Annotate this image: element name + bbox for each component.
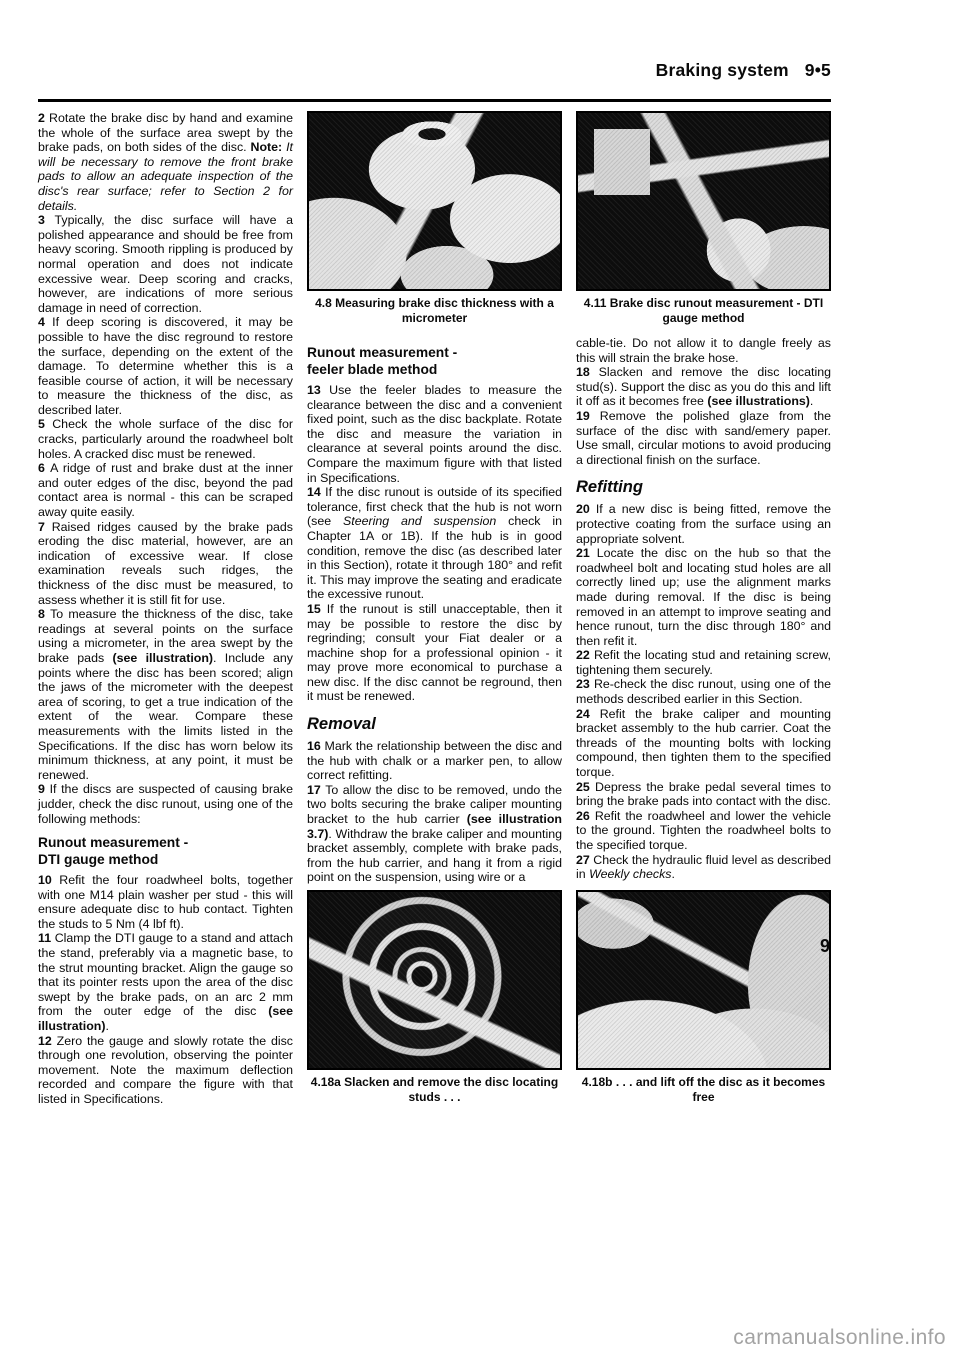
paragraph: 7 Raised ridges caused by the brake pads…	[38, 520, 293, 608]
paragraph: 25 Depress the brake pedal several times…	[576, 780, 831, 809]
photo-caption: 4.18b . . . and lift off the disc as it …	[576, 1075, 831, 1105]
text-segment: Raised ridges caused by the brake pads e…	[38, 520, 293, 607]
paragraph: 10 Refit the four roadwheel bolts, toget…	[38, 873, 293, 931]
text-segment: 5	[38, 417, 52, 431]
text-segment: cable-tie. Do not allow it to dangle fre…	[576, 336, 831, 365]
text-segment: 18	[576, 365, 599, 379]
text-segment: If the runout is still unacceptable, the…	[307, 602, 562, 704]
content-columns: 2 Rotate the brake disc by hand and exam…	[38, 111, 831, 1105]
paragraph: cable-tie. Do not allow it to dangle fre…	[576, 336, 831, 365]
text-segment: Refit the brake caliper and mounting bra…	[576, 707, 831, 779]
header-section-title: Braking system	[656, 60, 789, 80]
paragraph: 8 To measure the thickness of the disc, …	[38, 607, 293, 782]
paragraph: 13 Use the feeler blades to measure the …	[307, 383, 562, 485]
paragraph: 18 Slacken and remove the disc locating …	[576, 365, 831, 409]
photo-caption: 4.18a Slacken and remove the disc locati…	[307, 1075, 562, 1105]
paragraph: 22 Refit the locating stud and retaining…	[576, 648, 831, 677]
text-segment: 10	[38, 873, 59, 887]
text-segment: If a new disc is being fitted, remove th…	[576, 502, 831, 545]
text-segment: 12	[38, 1034, 57, 1048]
page-header: Braking system9•5	[38, 60, 831, 81]
text-segment: 15	[307, 602, 327, 616]
column-middle: 4.8 Measuring brake disc thickness with …	[307, 111, 562, 1105]
text-segment: 25	[576, 780, 595, 794]
text-segment: Weekly checks	[589, 867, 671, 881]
text-segment: Depress the brake pedal several times to…	[576, 780, 831, 809]
column-right: 4.11 Brake disc runout measurement - DTI…	[576, 111, 831, 1105]
manual-page: Braking system9•5 2 Rotate the brake dis…	[0, 0, 960, 1362]
text-segment: 11	[38, 931, 55, 945]
text-segment: 8	[38, 607, 50, 621]
text-segment: 9	[38, 782, 50, 796]
paragraph: 20 If a new disc is being fitted, remove…	[576, 502, 831, 546]
text-segment: . Withdraw the brake caliper and mountin…	[307, 827, 562, 885]
text-segment: 19	[576, 409, 600, 423]
text-segment: 26	[576, 809, 595, 823]
photo-studs	[307, 890, 562, 1070]
text-segment: If the discs are suspected of causing br…	[38, 782, 293, 825]
paragraph: 12 Zero the gauge and slowly rotate the …	[38, 1034, 293, 1107]
text-segment: Typically, the disc surface will have a …	[38, 213, 293, 315]
text-segment: 14	[307, 485, 325, 499]
text-segment: 13	[307, 383, 329, 397]
text-segment: Re-check the disc runout, using one of t…	[576, 677, 831, 706]
paragraph: 23 Re-check the disc runout, using one o…	[576, 677, 831, 706]
text-segment: 7	[38, 520, 52, 534]
paragraph: 16 Mark the relationship between the dis…	[307, 739, 562, 783]
text-segment: .	[105, 1019, 108, 1033]
paragraph: 26 Refit the roadwheel and lower the veh…	[576, 809, 831, 853]
section-heading: Runout measurement -feeler blade method	[307, 345, 562, 378]
section-heading-line: feeler blade method	[307, 362, 437, 377]
text-segment: Clamp the DTI gauge to a stand and attac…	[38, 931, 293, 1018]
header-rule	[38, 99, 831, 102]
text-segment: Zero the gauge and slowly rotate the dis…	[38, 1034, 293, 1106]
paragraph: 17 To allow the disc to be removed, undo…	[307, 783, 562, 885]
text-segment: Steering and suspension	[343, 514, 496, 528]
text-segment: Remove the polished glaze from the surfa…	[576, 409, 831, 467]
section-heading-line: Runout measurement -	[38, 835, 188, 850]
text-segment: 27	[576, 853, 593, 867]
text-segment: . Include any points where the disc has …	[38, 651, 293, 782]
subsection-heading: Refitting	[576, 478, 831, 496]
text-segment: 22	[576, 648, 594, 662]
paragraph: 4 If deep scoring is discovered, it may …	[38, 315, 293, 417]
column-left: 2 Rotate the brake disc by hand and exam…	[38, 111, 293, 1105]
text-segment: .	[672, 867, 675, 881]
text-segment: Refit the roadwheel and lower the vehicl…	[576, 809, 831, 852]
text-segment: Use the feeler blades to measure the cle…	[307, 383, 562, 485]
paragraph: 6 A ridge of rust and brake dust at the …	[38, 461, 293, 519]
text-segment: 2	[38, 111, 49, 125]
text-segment: A ridge of rust and brake dust at the in…	[38, 461, 293, 519]
header-page-number: 9•5	[805, 60, 831, 80]
text-segment: 23	[576, 677, 594, 691]
text-segment: Locate the disc on the hub so that the r…	[576, 546, 831, 648]
text-segment: Mark the relationship between the disc a…	[307, 739, 562, 782]
text-segment: Note:	[251, 140, 287, 154]
text-segment: 21	[576, 546, 597, 560]
section-heading-line: Runout measurement -	[307, 345, 457, 360]
text-segment: .	[810, 394, 813, 408]
paragraph: 3 Typically, the disc surface will have …	[38, 213, 293, 315]
photo-micrometer	[307, 111, 562, 291]
text-segment: 20	[576, 502, 596, 516]
text-segment: 16	[307, 739, 325, 753]
text-segment: 4	[38, 315, 52, 329]
paragraph: 11 Clamp the DTI gauge to a stand and at…	[38, 931, 293, 1033]
watermark-text: carmanualsonline.info	[733, 1326, 946, 1350]
text-segment: (see illustrations)	[707, 394, 810, 408]
paragraph: 14 If the disc runout is outside of its …	[307, 485, 562, 602]
photo-dti	[576, 111, 831, 291]
text-segment: 24	[576, 707, 600, 721]
text-segment: 6	[38, 461, 50, 475]
text-segment: Refit the locating stud and retaining sc…	[576, 648, 831, 677]
subsection-heading: Removal	[307, 715, 562, 733]
text-segment: Check the whole surface of the disc for …	[38, 417, 293, 460]
paragraph: 21 Locate the disc on the hub so that th…	[576, 546, 831, 648]
figure: 4.18b . . . and lift off the disc as it …	[576, 890, 831, 1105]
paragraph: 27 Check the hydraulic fluid level as de…	[576, 853, 831, 882]
chapter-number-tab: 9	[820, 936, 830, 957]
paragraph: 24 Refit the brake caliper and mounting …	[576, 707, 831, 780]
paragraph: 15 If the runout is still unacceptable, …	[307, 602, 562, 704]
text-segment: 3	[38, 213, 55, 227]
text-segment: If deep scoring is discovered, it may be…	[38, 315, 293, 417]
photo-caption: 4.8 Measuring brake disc thickness with …	[307, 296, 562, 326]
paragraph: 2 Rotate the brake disc by hand and exam…	[38, 111, 293, 213]
photo-caption: 4.11 Brake disc runout measurement - DTI…	[576, 296, 831, 326]
text-segment: 17	[307, 783, 325, 797]
photo-lift	[576, 890, 831, 1070]
figure: 4.8 Measuring brake disc thickness with …	[307, 111, 562, 326]
paragraph: 19 Remove the polished glaze from the su…	[576, 409, 831, 467]
section-heading: Runout measurement -DTI gauge method	[38, 835, 293, 868]
text-segment: Refit the four roadwheel bolts, together…	[38, 873, 293, 931]
paragraph: 9 If the discs are suspected of causing …	[38, 782, 293, 826]
paragraph: 5 Check the whole surface of the disc fo…	[38, 417, 293, 461]
text-segment: (see illustration)	[112, 651, 213, 665]
figure: 4.11 Brake disc runout measurement - DTI…	[576, 111, 831, 326]
section-heading-line: DTI gauge method	[38, 852, 158, 867]
figure: 4.18a Slacken and remove the disc locati…	[307, 890, 562, 1105]
